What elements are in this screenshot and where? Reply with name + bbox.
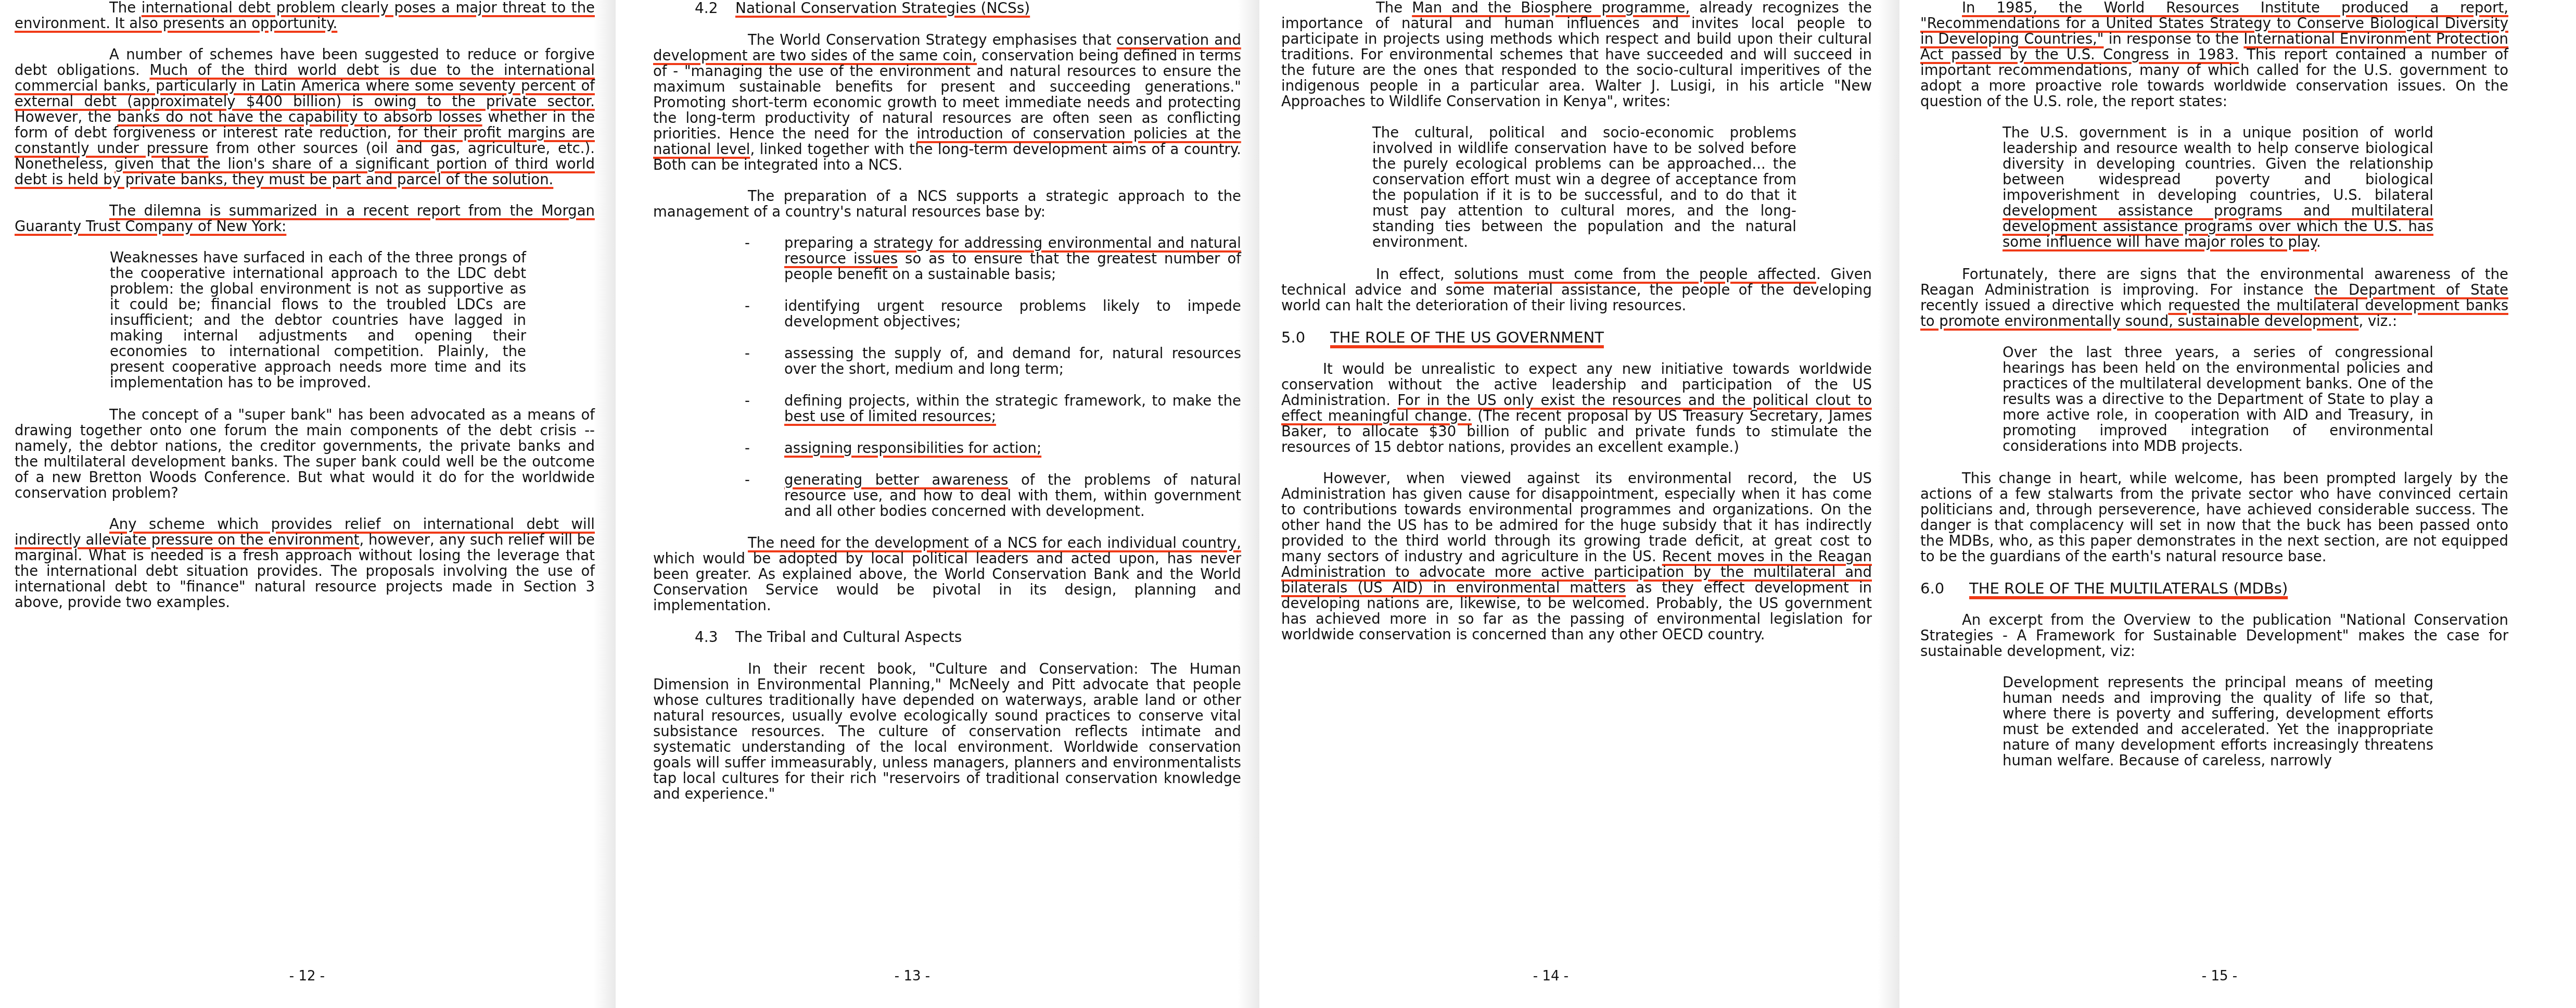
paragraph: In effect, solutions must come from the … bbox=[1281, 267, 1872, 313]
text-run: Over the last three years, a series of c… bbox=[2003, 344, 2433, 455]
text-run: defining projects, within the strategic … bbox=[784, 393, 1241, 409]
section-heading: 5.0THE ROLE OF THE US GOVERNMENT bbox=[1281, 329, 1872, 346]
paragraph: In their recent book, "Culture and Conse… bbox=[653, 661, 1241, 802]
block-quote: Over the last three years, a series of c… bbox=[2003, 345, 2433, 454]
text-run: The preparation of a NCS supports a stra… bbox=[653, 188, 1241, 220]
list-item: -generating better awareness of the prob… bbox=[745, 472, 1241, 519]
highlighted-text: National Conservation Strategies (NCSs) bbox=[735, 0, 1030, 17]
paragraph: The preparation of a NCS supports a stra… bbox=[653, 188, 1241, 220]
highlighted-text: solutions must come from the people affe… bbox=[1454, 266, 1816, 283]
page-content: The Man and the Biosphere programme, alr… bbox=[1281, 0, 1872, 658]
document-spread: The international debt problem clearly p… bbox=[0, 0, 2576, 1008]
bullet-dash: - bbox=[745, 298, 784, 330]
highlighted-text: the Department of State bbox=[2314, 282, 2508, 298]
paragraph: The international debt problem clearly p… bbox=[15, 0, 595, 31]
bullet-dash: - bbox=[745, 393, 784, 424]
page-number: - 15 - bbox=[2188, 968, 2251, 984]
page-content: In 1985, the World Resources Institute p… bbox=[1920, 0, 2508, 785]
page-number: - 12 - bbox=[276, 968, 338, 984]
section-title: THE ROLE OF THE MULTILATERALS (MDBs) bbox=[1969, 580, 2288, 597]
paragraph: This change in heart, while welcome, has… bbox=[1920, 471, 2508, 564]
text-run: An excerpt from the Overview to the publ… bbox=[1920, 612, 2508, 660]
list-item-text: assigning responsibilities for action; bbox=[784, 440, 1241, 456]
paragraph: The World Conservation Strategy emphasis… bbox=[653, 32, 1241, 173]
text-run: identifying urgent resource problems lik… bbox=[784, 298, 1241, 330]
paragraph: A number of schemes have been suggested … bbox=[15, 47, 595, 187]
text-run: , viz.: bbox=[2358, 313, 2397, 330]
highlighted-text: development assistance programs and mult… bbox=[2003, 203, 2433, 250]
bullet-dash: - bbox=[745, 440, 784, 456]
list-item-text: defining projects, within the strategic … bbox=[784, 393, 1241, 424]
text-run: assessing the supply of, and demand for,… bbox=[784, 345, 1241, 377]
section-number: 4.2 bbox=[695, 0, 735, 17]
page-13: 4.2National Conservation Strategies (NCS… bbox=[616, 0, 1259, 1008]
text-run: In their recent book, "Culture and Conse… bbox=[653, 661, 1241, 802]
page-number: - 13 - bbox=[881, 968, 943, 984]
list-item: -assigning responsibilities for action; bbox=[745, 440, 1241, 456]
page-content: 4.2National Conservation Strategies (NCS… bbox=[653, 0, 1241, 817]
highlighted-text: The dilemna is summarized in a recent re… bbox=[15, 203, 595, 235]
bullet-dash: - bbox=[745, 472, 784, 519]
text-run: preparing a bbox=[784, 235, 874, 251]
page-number: - 14 - bbox=[1520, 968, 1582, 984]
text-run: which would be adopted by local politica… bbox=[653, 550, 1241, 614]
text-run: However, the bbox=[15, 109, 117, 125]
highlighted-text: generating better awareness bbox=[784, 472, 1008, 488]
paragraph: In 1985, the World Resources Institute p… bbox=[1920, 0, 2508, 109]
list-item: -defining projects, within the strategic… bbox=[745, 393, 1241, 424]
text-run: Development represents the principal mea… bbox=[2003, 674, 2433, 769]
highlighted-text: assigning responsibilities for action; bbox=[784, 440, 1041, 457]
highlighted-text: THE ROLE OF THE MULTILATERALS (MDBs) bbox=[1969, 579, 2288, 597]
list-item-text: preparing a strategy for addressing envi… bbox=[784, 235, 1241, 282]
paragraph: An excerpt from the Overview to the publ… bbox=[1920, 612, 2508, 659]
paragraph: The concept of a "super bank" has been a… bbox=[15, 407, 595, 501]
paragraph: The dilemna is summarized in a recent re… bbox=[15, 203, 595, 234]
paragraph: However, when viewed against its environ… bbox=[1281, 471, 1872, 642]
paragraph: Any scheme which provides relief on inte… bbox=[15, 516, 595, 610]
text-run: Weaknesses have surfaced in each of the … bbox=[110, 249, 526, 391]
bullet-dash: - bbox=[745, 235, 784, 282]
bullet-dash: - bbox=[745, 346, 784, 377]
page-12: The international debt problem clearly p… bbox=[0, 0, 616, 1008]
section-number: 6.0 bbox=[1920, 580, 1969, 597]
text-run: The Tribal and Cultural Aspects bbox=[735, 628, 962, 646]
highlighted-text: Man and the Biosphere programme, bbox=[1412, 0, 1690, 16]
section-number: 5.0 bbox=[1281, 329, 1330, 346]
block-quote: Development represents the principal mea… bbox=[2003, 675, 2433, 768]
text-run: In effect, bbox=[1376, 266, 1454, 283]
text-run: already recognizes the importance of nat… bbox=[1281, 0, 1872, 110]
paragraph: It would be unrealistic to expect any ne… bbox=[1281, 361, 1872, 455]
highlighted-text: THE ROLE OF THE US GOVERNMENT bbox=[1330, 329, 1604, 346]
paragraph: Fortunately, there are signs that the en… bbox=[1920, 267, 2508, 329]
list-item: -identifying urgent resource problems li… bbox=[745, 298, 1241, 330]
list-item: -preparing a strategy for addressing env… bbox=[745, 235, 1241, 282]
page-14: The Man and the Biosphere programme, alr… bbox=[1259, 0, 1899, 1008]
list-item-text: assessing the supply of, and demand for,… bbox=[784, 346, 1241, 377]
section-title: THE ROLE OF THE US GOVERNMENT bbox=[1330, 329, 1604, 346]
text-run: The U.S. government is in a unique posit… bbox=[2003, 124, 2433, 204]
text-run: The concept of a "super bank" has been a… bbox=[15, 407, 595, 501]
highlighted-text: banks do not have the capability to abso… bbox=[117, 109, 482, 125]
paragraph: The Man and the Biosphere programme, alr… bbox=[1281, 0, 1872, 109]
paragraph: The need for the development of a NCS fo… bbox=[653, 535, 1241, 613]
list-item-text: generating better awareness of the probl… bbox=[784, 472, 1241, 519]
text-run: The World Conservation Strategy emphasis… bbox=[748, 32, 1117, 48]
text-run: The bbox=[109, 0, 142, 16]
section-number: 4.3 bbox=[695, 629, 735, 646]
list-item: -assessing the supply of, and demand for… bbox=[745, 346, 1241, 377]
text-run: in response to the bbox=[2104, 31, 2244, 47]
list-item-text: identifying urgent resource problems lik… bbox=[784, 298, 1241, 330]
section-title: The Tribal and Cultural Aspects bbox=[735, 629, 962, 646]
block-quote: Weaknesses have surfaced in each of the … bbox=[110, 250, 526, 390]
page-15: In 1985, the World Resources Institute p… bbox=[1899, 0, 2576, 1008]
text-run: This change in heart, while welcome, has… bbox=[1920, 470, 2508, 565]
block-quote: The cultural, political and socio-econom… bbox=[1372, 125, 1796, 250]
text-run: The bbox=[1376, 0, 1412, 16]
text-run: . bbox=[2316, 234, 2321, 250]
highlighted-text: best use of limited resources; bbox=[784, 408, 996, 425]
text-run: The cultural, political and socio-econom… bbox=[1372, 124, 1796, 250]
section-heading: 4.3The Tribal and Cultural Aspects bbox=[695, 629, 1241, 646]
highlighted-text: international debt problem clearly poses… bbox=[15, 0, 595, 32]
section-heading: 6.0THE ROLE OF THE MULTILATERALS (MDBs) bbox=[1920, 580, 2508, 597]
section-heading: 4.2National Conservation Strategies (NCS… bbox=[695, 0, 1241, 17]
block-quote: The U.S. government is in a unique posit… bbox=[2003, 125, 2433, 250]
highlighted-text: The need for the development of a NCS fo… bbox=[748, 535, 1241, 551]
text-run: recently issued a directive which bbox=[1920, 297, 2168, 314]
page-content: The international debt problem clearly p… bbox=[15, 0, 595, 626]
section-title: National Conservation Strategies (NCSs) bbox=[735, 0, 1030, 17]
